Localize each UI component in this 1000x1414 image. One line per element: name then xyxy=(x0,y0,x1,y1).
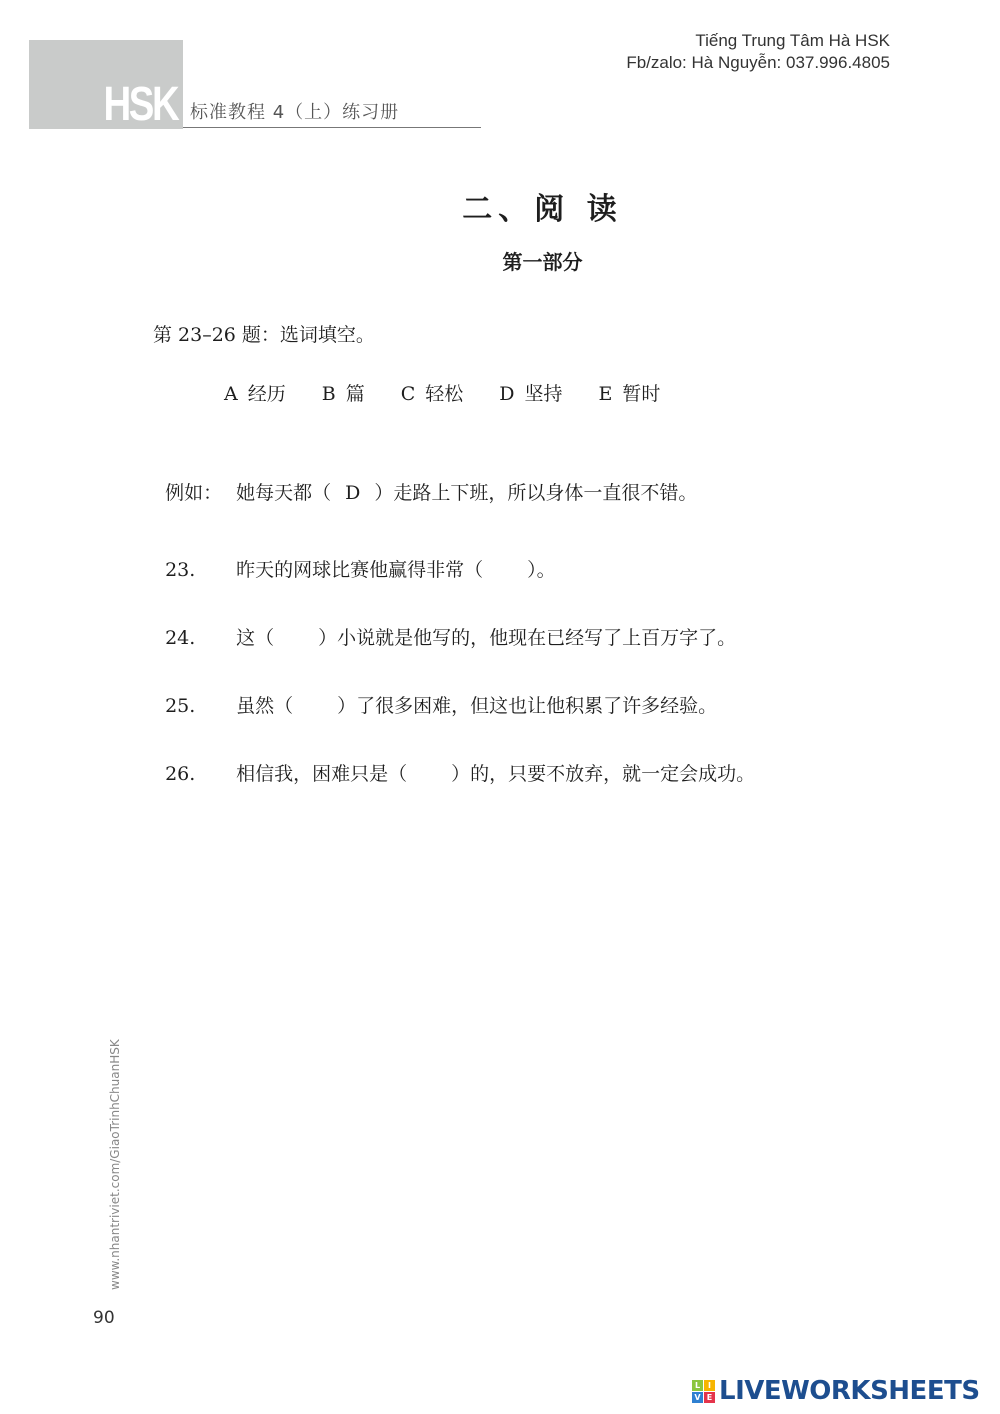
word-options: A经历 B篇 C轻松 D坚持 E暂时 xyxy=(224,379,660,406)
watermark-text: LIVEWORKSHEETS xyxy=(719,1376,980,1406)
brand-contact: Fb/zalo: Hà Nguyễn: 037.996.4805 xyxy=(626,52,890,74)
question-text: 昨天的网球比赛他赢得非常（ ）。 xyxy=(236,559,556,581)
option-c: C轻松 xyxy=(401,379,464,406)
question-number: 23. xyxy=(165,559,236,581)
question-23[interactable]: 23.昨天的网球比赛他赢得非常（ ）。 xyxy=(153,533,556,582)
option-word: 篇 xyxy=(346,383,365,405)
question-25[interactable]: 25.虽然（ ）了很多困难，但这也让他积累了许多经验。 xyxy=(153,669,717,718)
logo-tile: I xyxy=(704,1380,715,1391)
option-word: 经历 xyxy=(248,383,286,405)
page-number: 90 xyxy=(93,1308,115,1328)
logo-tile: V xyxy=(692,1392,703,1403)
example-answer: D xyxy=(345,482,360,504)
option-letter: D xyxy=(499,383,514,405)
option-word: 轻松 xyxy=(425,383,463,405)
option-a: A经历 xyxy=(224,379,286,406)
question-number: 24. xyxy=(165,627,236,649)
book-title: 标准教程 4（上）练习册 xyxy=(190,98,399,124)
logo-tile: E xyxy=(704,1392,715,1403)
hsk-logo-block: HSK xyxy=(29,40,183,129)
example-line: 例如：她每天都（D）走路上下班，所以身体一直很不错。 xyxy=(153,456,697,505)
live-logo-icon: L I V E xyxy=(692,1380,715,1403)
example-text-after: ）走路上下班，所以身体一直很不错。 xyxy=(374,482,697,504)
option-word: 坚持 xyxy=(525,383,563,405)
option-word: 暂时 xyxy=(622,383,660,405)
part-title: 第一部分 xyxy=(0,246,1000,275)
brand-name: Tiếng Trung Tâm Hà HSK xyxy=(626,30,890,52)
question-26[interactable]: 26.相信我，困难只是（ ）的，只要不放弃，就一定会成功。 xyxy=(153,737,755,786)
question-text: 虽然（ ）了很多困难，但这也让他积累了许多经验。 xyxy=(236,695,717,717)
example-text-before: 她每天都（ xyxy=(236,482,331,504)
brand-info: Tiếng Trung Tâm Hà HSK Fb/zalo: Hà Nguyễ… xyxy=(626,30,890,74)
instruction: 第 23–26 题：选词填空。 xyxy=(153,320,375,347)
header-divider xyxy=(183,127,481,128)
example-label: 例如： xyxy=(165,478,236,505)
question-number: 25. xyxy=(165,695,236,717)
question-text: 相信我，困难只是（ ）的，只要不放弃，就一定会成功。 xyxy=(236,763,755,785)
option-letter: A xyxy=(224,383,238,405)
logo-tile: L xyxy=(692,1380,703,1391)
side-url: www.nhantriviet.com/GiaoTrinhChuanHSK xyxy=(108,1039,122,1290)
option-d: D坚持 xyxy=(499,379,562,406)
option-e: E暂时 xyxy=(599,379,661,406)
question-text: 这（ ）小说就是他写的，他现在已经写了上百万字了。 xyxy=(236,627,736,649)
question-number: 26. xyxy=(165,763,236,785)
option-b: B篇 xyxy=(322,379,365,406)
hsk-logo: HSK xyxy=(103,81,177,129)
option-letter: E xyxy=(599,383,613,405)
section-title: 二、阅 读 xyxy=(0,184,1000,228)
question-24[interactable]: 24.这（ ）小说就是他写的，他现在已经写了上百万字了。 xyxy=(153,601,736,650)
option-letter: C xyxy=(401,383,416,405)
option-letter: B xyxy=(322,383,336,405)
liveworksheets-watermark: L I V E LIVEWORKSHEETS xyxy=(692,1376,980,1406)
